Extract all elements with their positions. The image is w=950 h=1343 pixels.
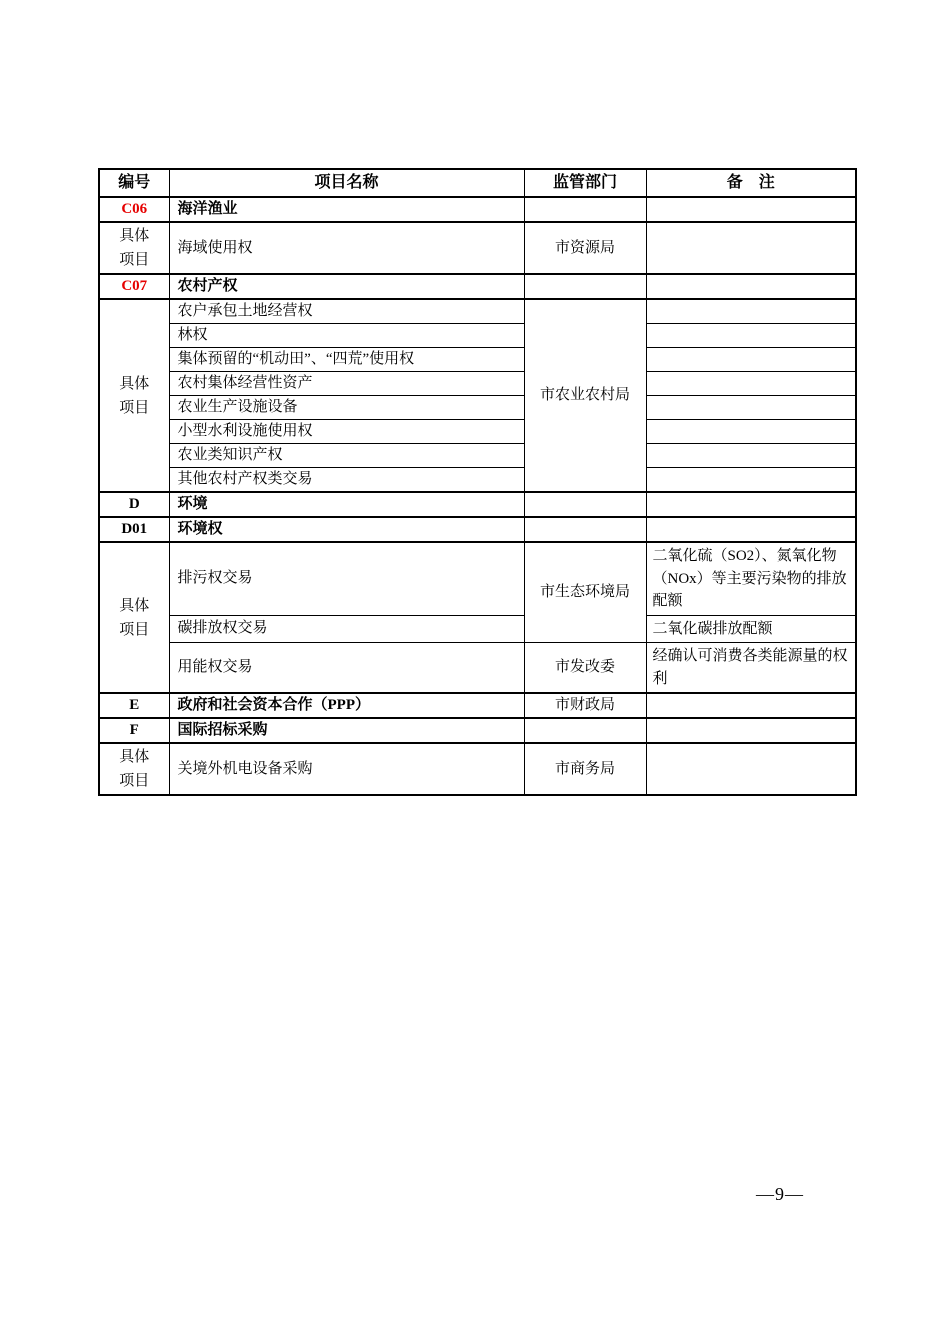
- table-row: 碳排放权交易 二氧化碳排放配额: [99, 615, 856, 643]
- remark-cell: 二氧化碳排放配额: [646, 615, 856, 643]
- table-row: D 环境: [99, 492, 856, 517]
- department-cell: 市资源局: [524, 222, 646, 274]
- empty-department-cell: [524, 274, 646, 299]
- project-name-cell: 用能权交易: [169, 643, 524, 694]
- code-label: 具体项目: [119, 224, 151, 272]
- department-cell: 市生态环境局: [524, 542, 646, 643]
- table-row: 用能权交易 市发改委 经确认可消费各类能源量的权利: [99, 643, 856, 694]
- empty-remark-cell: [646, 693, 856, 718]
- code-cell: 具体项目: [99, 743, 169, 795]
- empty-remark-cell: [646, 348, 856, 372]
- table-row: 农村集体经营性资产: [99, 372, 856, 396]
- table-row: 具体项目 关境外机电设备采购 市商务局: [99, 743, 856, 795]
- page-number: —9—: [740, 1184, 820, 1205]
- table-row: C07 农村产权: [99, 274, 856, 299]
- empty-remark-cell: [646, 492, 856, 517]
- code-label: 具体项目: [119, 745, 151, 793]
- project-name-cell: 环境权: [169, 517, 524, 542]
- empty-remark-cell: [646, 197, 856, 222]
- document-page: 编号 项目名称 监管部门 备 注 C06 海洋渔业 具体项目 海域使用权 市资源…: [0, 0, 950, 1343]
- empty-remark-cell: [646, 420, 856, 444]
- table-header-row: 编号 项目名称 监管部门 备 注: [99, 169, 856, 197]
- table-row: F 国际招标采购: [99, 718, 856, 743]
- project-name-cell: 海洋渔业: [169, 197, 524, 222]
- code-cell: C06: [99, 197, 169, 222]
- project-name-cell: 集体预留的“机动田”、“四荒”使用权: [169, 348, 524, 372]
- table-row: C06 海洋渔业: [99, 197, 856, 222]
- empty-remark-cell: [646, 444, 856, 468]
- empty-department-cell: [524, 197, 646, 222]
- empty-remark-cell: [646, 743, 856, 795]
- department-cell: 市商务局: [524, 743, 646, 795]
- empty-department-cell: [524, 492, 646, 517]
- header-project-name: 项目名称: [169, 169, 524, 197]
- empty-remark-cell: [646, 299, 856, 324]
- code-label: 具体项目: [119, 372, 151, 420]
- code-cell: 具体项目: [99, 299, 169, 492]
- project-name-cell: 小型水利设施使用权: [169, 420, 524, 444]
- remark-cell: 经确认可消费各类能源量的权利: [646, 643, 856, 694]
- empty-remark-cell: [646, 396, 856, 420]
- project-name-cell: 农户承包土地经营权: [169, 299, 524, 324]
- project-name-cell: 关境外机电设备采购: [169, 743, 524, 795]
- empty-remark-cell: [646, 372, 856, 396]
- project-name-cell: 农村集体经营性资产: [169, 372, 524, 396]
- header-code: 编号: [99, 169, 169, 197]
- empty-department-cell: [524, 718, 646, 743]
- project-table: 编号 项目名称 监管部门 备 注 C06 海洋渔业 具体项目 海域使用权 市资源…: [98, 168, 857, 796]
- table-row: 林权: [99, 324, 856, 348]
- code-cell: D01: [99, 517, 169, 542]
- empty-remark-cell: [646, 468, 856, 493]
- project-name-cell: 其他农村产权类交易: [169, 468, 524, 493]
- project-name-cell: 碳排放权交易: [169, 615, 524, 643]
- table-row: E 政府和社会资本合作（PPP） 市财政局: [99, 693, 856, 718]
- code-label: 具体项目: [119, 594, 151, 642]
- code-cell: C07: [99, 274, 169, 299]
- project-name-cell: 海域使用权: [169, 222, 524, 274]
- table-row: 集体预留的“机动田”、“四荒”使用权: [99, 348, 856, 372]
- empty-remark-cell: [646, 517, 856, 542]
- project-name-cell: 环境: [169, 492, 524, 517]
- table-row: 具体项目 农户承包土地经营权 市农业农村局: [99, 299, 856, 324]
- remark-cell: 二氧化硫（SO2）、氮氧化物（NOx）等主要污染物的排放配额: [646, 542, 856, 615]
- project-name-cell: 林权: [169, 324, 524, 348]
- table-row: 其他农村产权类交易: [99, 468, 856, 493]
- code-cell: D: [99, 492, 169, 517]
- project-name-cell: 国际招标采购: [169, 718, 524, 743]
- header-remark: 备 注: [646, 169, 856, 197]
- code-cell: 具体项目: [99, 222, 169, 274]
- header-department: 监管部门: [524, 169, 646, 197]
- table-row: 具体项目 排污权交易 市生态环境局 二氧化硫（SO2）、氮氧化物（NOx）等主要…: [99, 542, 856, 615]
- code-cell: 具体项目: [99, 542, 169, 693]
- table-row: 小型水利设施使用权: [99, 420, 856, 444]
- table-row: 具体项目 海域使用权 市资源局: [99, 222, 856, 274]
- table-row: D01 环境权: [99, 517, 856, 542]
- table-row: 农业生产设施设备: [99, 396, 856, 420]
- empty-remark-cell: [646, 222, 856, 274]
- department-cell: 市财政局: [524, 693, 646, 718]
- project-name-cell: 政府和社会资本合作（PPP）: [169, 693, 524, 718]
- project-name-cell: 农村产权: [169, 274, 524, 299]
- project-name-cell: 农业类知识产权: [169, 444, 524, 468]
- table-row: 农业类知识产权: [99, 444, 856, 468]
- empty-department-cell: [524, 517, 646, 542]
- project-name-cell: 农业生产设施设备: [169, 396, 524, 420]
- department-cell: 市发改委: [524, 643, 646, 694]
- project-name-cell: 排污权交易: [169, 542, 524, 615]
- code-cell: F: [99, 718, 169, 743]
- department-cell: 市农业农村局: [524, 299, 646, 492]
- code-cell: E: [99, 693, 169, 718]
- empty-remark-cell: [646, 324, 856, 348]
- empty-remark-cell: [646, 718, 856, 743]
- empty-remark-cell: [646, 274, 856, 299]
